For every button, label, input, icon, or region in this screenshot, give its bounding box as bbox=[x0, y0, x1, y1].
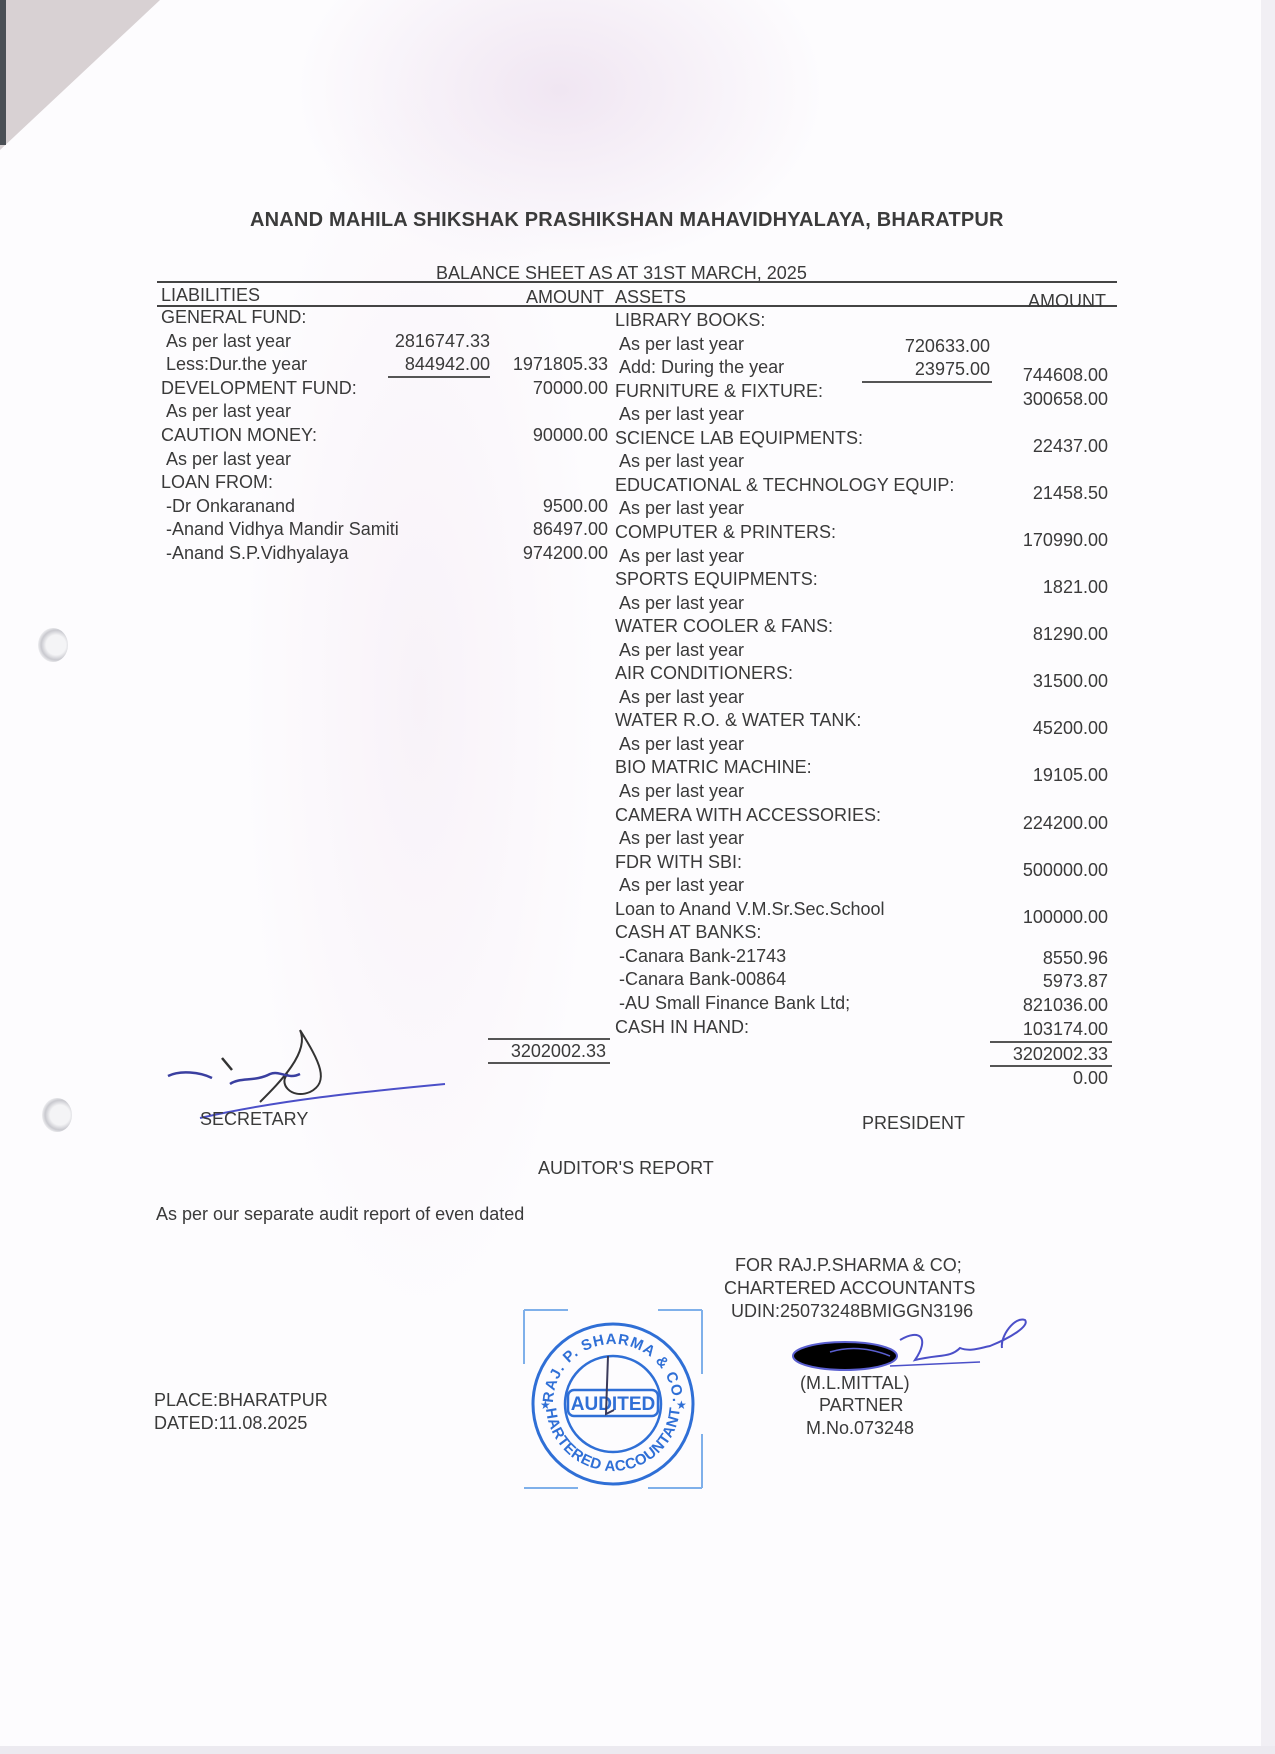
liability-sub-amount: 2816747.33 bbox=[380, 330, 490, 352]
asset-amount: 100000.00 bbox=[990, 906, 1108, 928]
asset-label: WATER R.O. & WATER TANK: bbox=[615, 709, 861, 731]
general-fund-underline bbox=[388, 376, 490, 378]
liability-amount: 974200.00 bbox=[496, 542, 608, 564]
auditor-signature bbox=[770, 1318, 1040, 1378]
asset-label: As per last year bbox=[619, 497, 744, 519]
asset-amount: 821036.00 bbox=[990, 994, 1108, 1016]
asset-amount: 31500.00 bbox=[990, 670, 1108, 692]
svg-text:★: ★ bbox=[540, 1398, 551, 1412]
asset-label: EDUCATIONAL & TECHNOLOGY EQUIP: bbox=[615, 474, 954, 496]
asset-amount: 300658.00 bbox=[990, 388, 1108, 410]
punch-hole bbox=[38, 628, 68, 662]
folded-corner bbox=[0, 0, 160, 150]
liability-amount: 1971805.33 bbox=[496, 353, 608, 375]
asset-label: As per last year bbox=[619, 874, 744, 896]
asset-label: As per last year bbox=[619, 592, 744, 614]
asset-label: FDR WITH SBI: bbox=[615, 851, 742, 873]
asset-amount: 744608.00 bbox=[990, 364, 1108, 386]
asset-label: As per last year bbox=[619, 333, 744, 355]
amount-header-right: AMOUNT bbox=[1028, 290, 1106, 312]
library-books-underline bbox=[862, 381, 992, 383]
asset-amount: 500000.00 bbox=[990, 859, 1108, 881]
institution-title: ANAND MAHILA SHIKSHAK PRASHIKSHAN MAHAVI… bbox=[250, 209, 1004, 232]
asset-label: As per last year bbox=[619, 733, 744, 755]
liability-amount: 86497.00 bbox=[496, 518, 608, 540]
audit-firm-line: FOR RAJ.P.SHARMA & CO; bbox=[735, 1254, 962, 1276]
liability-amount: 9500.00 bbox=[496, 495, 608, 517]
secretary-label: SECRETARY bbox=[200, 1108, 308, 1130]
asset-sub-amount: 23975.00 bbox=[860, 358, 990, 380]
asset-label: As per last year bbox=[619, 450, 744, 472]
asset-label: As per last year bbox=[619, 545, 744, 567]
liability-label: LOAN FROM: bbox=[161, 471, 273, 493]
liabilities-header: LIABILITIES bbox=[161, 284, 260, 306]
scan-edge bbox=[0, 0, 6, 145]
liability-amount: 90000.00 bbox=[496, 424, 608, 446]
partner-name: (M.L.MITTAL) bbox=[800, 1372, 910, 1394]
liabilities-total-rule-bottom bbox=[488, 1062, 610, 1064]
asset-amount: 224200.00 bbox=[990, 812, 1108, 834]
asset-amount: 8550.96 bbox=[990, 947, 1108, 969]
asset-label: SCIENCE LAB EQUIPMENTS: bbox=[615, 427, 863, 449]
asset-label: AIR CONDITIONERS: bbox=[615, 662, 793, 684]
liability-label: As per last year bbox=[166, 330, 291, 352]
asset-label: CASH AT BANKS: bbox=[615, 921, 761, 943]
stamp-center-text: AUDITED bbox=[571, 1394, 655, 1415]
membership-number: M.No.073248 bbox=[806, 1417, 914, 1439]
difference-amount: 0.00 bbox=[990, 1067, 1108, 1089]
asset-label: As per last year bbox=[619, 686, 744, 708]
asset-sub-amount: 720633.00 bbox=[860, 335, 990, 357]
asset-amount: 22437.00 bbox=[990, 435, 1108, 457]
asset-label: -AU Small Finance Bank Ltd; bbox=[619, 992, 850, 1014]
liability-label: DEVELOPMENT FUND: bbox=[161, 377, 357, 399]
asset-label: SPORTS EQUIPMENTS: bbox=[615, 568, 818, 590]
auditor-report-heading: AUDITOR'S REPORT bbox=[538, 1157, 714, 1179]
president-label: PRESIDENT bbox=[862, 1112, 965, 1134]
scan-edge-right bbox=[1261, 0, 1275, 1754]
asset-amount: 1821.00 bbox=[990, 576, 1108, 598]
asset-label: As per last year bbox=[619, 827, 744, 849]
liabilities-total: 3202002.33 bbox=[488, 1040, 606, 1062]
asset-label: FURNITURE & FIXTURE: bbox=[615, 380, 823, 402]
svg-text:★: ★ bbox=[676, 1398, 687, 1412]
assets-total: 3202002.33 bbox=[990, 1043, 1108, 1065]
asset-amount: 170990.00 bbox=[990, 529, 1108, 551]
asset-label: CAMERA WITH ACCESSORIES: bbox=[615, 804, 881, 826]
asset-amount: 21458.50 bbox=[990, 482, 1108, 504]
asset-amount: 103174.00 bbox=[990, 1018, 1108, 1040]
asset-label: WATER COOLER & FANS: bbox=[615, 615, 833, 637]
liability-label: -Anand S.P.Vidhyalaya bbox=[166, 542, 348, 564]
liability-label: -Dr Onkaranand bbox=[166, 495, 295, 517]
asset-amount: 5973.87 bbox=[990, 970, 1108, 992]
liability-label: GENERAL FUND: bbox=[161, 306, 306, 328]
asset-label: COMPUTER & PRINTERS: bbox=[615, 521, 836, 543]
asset-label: BIO MATRIC MACHINE: bbox=[615, 756, 812, 778]
secretary-signature bbox=[160, 1022, 450, 1122]
asset-amount: 81290.00 bbox=[990, 623, 1108, 645]
liability-label: CAUTION MONEY: bbox=[161, 424, 317, 446]
asset-label: CASH IN HAND: bbox=[615, 1016, 749, 1038]
asset-label: As per last year bbox=[619, 403, 744, 425]
liability-label: -Anand Vidhya Mandir Samiti bbox=[166, 518, 399, 540]
audit-statement: As per our separate audit report of even… bbox=[156, 1203, 524, 1225]
asset-amount: 45200.00 bbox=[990, 717, 1108, 739]
asset-amount: 19105.00 bbox=[990, 764, 1108, 786]
liability-label: Less:Dur.the year bbox=[166, 353, 307, 375]
asset-label: As per last year bbox=[619, 639, 744, 661]
liability-label: As per last year bbox=[166, 448, 291, 470]
header-rule-top bbox=[157, 281, 1117, 283]
audit-firm-type: CHARTERED ACCOUNTANTS bbox=[724, 1277, 975, 1299]
asset-label: LIBRARY BOOKS: bbox=[615, 309, 765, 331]
asset-label: Add: During the year bbox=[619, 356, 784, 378]
amount-header-left: AMOUNT bbox=[526, 286, 604, 308]
punch-hole bbox=[42, 1098, 72, 1132]
audited-stamp: RAJ. P. SHARMA & CO. CHARTERED ACCOUNTAN… bbox=[518, 1304, 708, 1494]
assets-header: ASSETS bbox=[615, 286, 686, 308]
asset-label: As per last year bbox=[619, 780, 744, 802]
scan-edge-bottom bbox=[0, 1746, 1275, 1754]
asset-label: Loan to Anand V.M.Sr.Sec.School bbox=[615, 898, 885, 920]
partner-title: PARTNER bbox=[819, 1394, 903, 1416]
asset-label: -Canara Bank-21743 bbox=[619, 945, 786, 967]
place: PLACE:BHARATPUR bbox=[154, 1389, 328, 1411]
date: DATED:11.08.2025 bbox=[154, 1412, 307, 1434]
liability-sub-amount: 844942.00 bbox=[380, 353, 490, 375]
asset-label: -Canara Bank-00864 bbox=[619, 968, 786, 990]
liability-amount: 70000.00 bbox=[496, 377, 608, 399]
liability-label: As per last year bbox=[166, 400, 291, 422]
